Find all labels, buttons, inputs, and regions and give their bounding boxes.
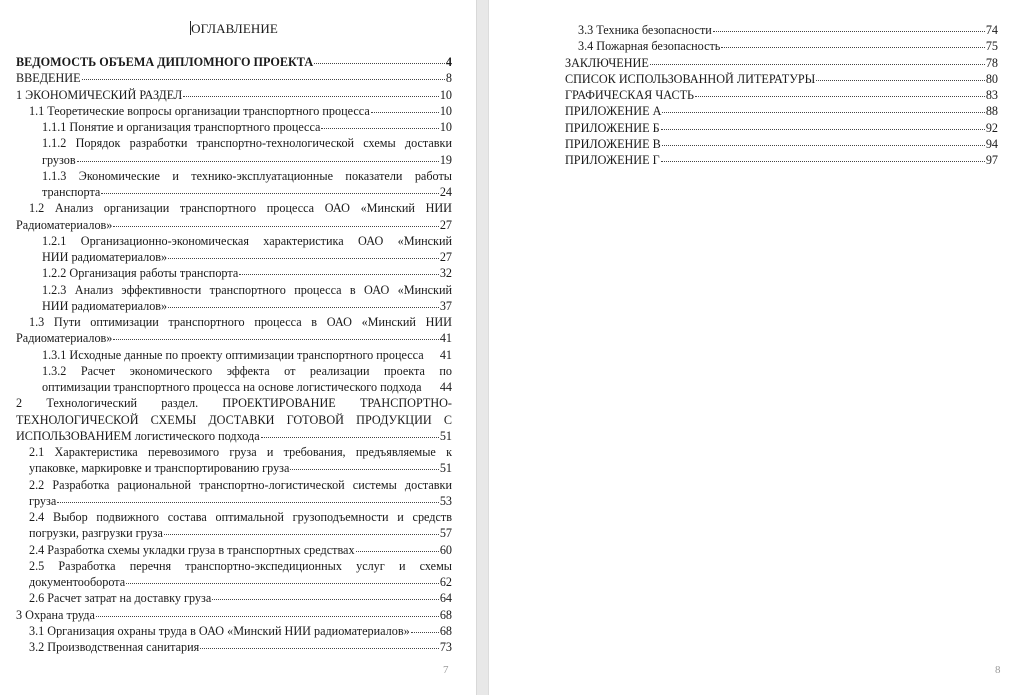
dot-leader — [695, 96, 985, 97]
toc-entry[interactable]: 2.6 Расчет затрат на доставку груза64 — [16, 590, 452, 606]
toc-entry-title: 3.1 Организация охраны труда в ОАО «Минс… — [29, 623, 410, 639]
toc-entry[interactable]: 2.4 Разработка схемы укладки груза в тра… — [16, 542, 452, 558]
toc-heading-text: ОГЛАВЛЕНИЕ — [191, 21, 278, 36]
toc-page-number: 78 — [986, 55, 998, 71]
toc-page-number: 10 — [440, 87, 452, 103]
toc-entry-title: 3.3 Техника безопасности — [578, 22, 712, 38]
toc-entry-text: 1.2 Анализ организации транспортного про… — [29, 200, 452, 216]
toc-entry-title: 3.4 Пожарная безопасность — [578, 38, 720, 54]
toc-entry-title: грузов — [42, 152, 76, 168]
toc-entry[interactable]: 1.1.1 Понятие и организация транспортног… — [16, 119, 452, 135]
toc-page-number: 8 — [446, 70, 452, 86]
toc-entry-text: 2.2 Разработка рациональной транспортно-… — [29, 477, 452, 493]
dot-leader — [96, 616, 439, 617]
toc-entry[interactable]: 1 ЭКОНОМИЧЕСКИЙ РАЗДЕЛ10 — [16, 87, 452, 103]
dot-leader — [200, 648, 439, 649]
toc-page-number: 74 — [986, 22, 998, 38]
dot-leader — [77, 161, 439, 162]
toc-page-number: 94 — [986, 136, 998, 152]
toc-entry-text: 1.3 Пути оптимизации транспортного проце… — [29, 314, 452, 330]
toc-page-number: 24 — [440, 184, 452, 200]
toc-page-number: 88 — [986, 103, 998, 119]
toc-entry-title: ПРИЛОЖЕНИЕ Б — [565, 120, 660, 136]
toc-entry[interactable]: 2 Технологический раздел. ПРОЕКТИРОВАНИЕ… — [16, 395, 452, 444]
toc-entry-title: СПИСОК ИСПОЛЬЗОВАННОЙ ЛИТЕРАТУРЫ — [565, 71, 815, 87]
toc-entry-title: ГРАФИЧЕСКАЯ ЧАСТЬ — [565, 87, 694, 103]
toc-entry[interactable]: СПИСОК ИСПОЛЬЗОВАННОЙ ЛИТЕРАТУРЫ80 — [565, 71, 998, 87]
dot-leader — [239, 274, 439, 275]
toc-page-number: 53 — [440, 493, 452, 509]
toc-entry-text: 2.5 Разработка перечня транспортно-экспе… — [29, 558, 452, 574]
toc-page-number: 92 — [986, 120, 998, 136]
toc-entry[interactable]: 1.1 Теоретические вопросы организации тр… — [16, 103, 452, 119]
toc-entry-title: 2.4 Разработка схемы укладки груза в тра… — [29, 542, 355, 558]
toc-page-number: 75 — [986, 38, 998, 54]
table-of-contents: ВЕДОМОСТЬ ОБЪЕМА ДИПЛОМНОГО ПРОЕКТА4ВВЕД… — [16, 54, 452, 655]
toc-entry-text: 1.1.3 Экономические и технико-эксплуатац… — [42, 168, 452, 184]
toc-entry-title: 3.2 Производственная санитария — [29, 639, 199, 655]
toc-entry-text: 2 Технологический раздел. ПРОЕКТИРОВАНИЕ… — [16, 395, 452, 411]
toc-entry-title: ВЕДОМОСТЬ ОБЪЕМА ДИПЛОМНОГО ПРОЕКТА — [16, 54, 313, 70]
toc-page-number: 97 — [986, 152, 998, 168]
toc-entry[interactable]: 3.4 Пожарная безопасность75 — [565, 38, 998, 54]
toc-entry-title: 3 Охрана труда — [16, 607, 95, 623]
toc-page-number: 37 — [440, 298, 452, 314]
dot-leader — [126, 583, 439, 584]
toc-page-number: 32 — [440, 265, 452, 281]
toc-page-number: 44 — [440, 379, 452, 395]
dot-leader — [314, 63, 445, 64]
toc-entry[interactable]: 3.2 Производственная санитария73 — [16, 639, 452, 655]
toc-entry-text: 2.4 Выбор подвижного состава оптимальной… — [29, 509, 452, 525]
toc-page-number: 64 — [440, 590, 452, 606]
dot-leader — [356, 551, 439, 552]
toc-entry-title: 2.6 Расчет затрат на доставку груза — [29, 590, 211, 606]
dot-leader — [113, 339, 438, 340]
dot-leader — [321, 128, 438, 129]
document-page-8[interactable]: 8 3.3 Техника безопасности743.4 Пожарная… — [489, 0, 1024, 695]
page-gap — [476, 0, 489, 695]
toc-entry-title: НИИ радиоматериалов» — [42, 298, 167, 314]
toc-entry[interactable]: ПРИЛОЖЕНИЕ В94 — [565, 136, 998, 152]
toc-entry-title: ИСПОЛЬЗОВАНИЕМ логистического подхода — [16, 428, 260, 444]
toc-entry[interactable]: ПРИЛОЖЕНИЕ Б92 — [565, 120, 998, 136]
toc-page-number: 10 — [440, 103, 452, 119]
toc-entry[interactable]: 3.3 Техника безопасности74 — [565, 22, 998, 38]
toc-entry[interactable]: 1.3.1 Исходные данные по проекту оптимиз… — [16, 347, 452, 363]
toc-page-number: 68 — [440, 607, 452, 623]
toc-entry-title: документооборота — [29, 574, 125, 590]
dot-leader — [57, 502, 439, 503]
toc-entry[interactable]: ПРИЛОЖЕНИЕ А88 — [565, 103, 998, 119]
toc-entry-title: 1.3.1 Исходные данные по проекту оптимиз… — [42, 347, 424, 363]
page-number-footer: 7 — [443, 664, 449, 676]
toc-entry[interactable]: 2.5 Разработка перечня транспортно-экспе… — [16, 558, 452, 591]
toc-entry-title: груза — [29, 493, 56, 509]
toc-entry[interactable]: 1.2 Анализ организации транспортного про… — [16, 200, 452, 233]
toc-entry[interactable]: 1.2.3 Анализ эффективности транспортного… — [16, 282, 452, 315]
toc-entry[interactable]: 3 Охрана труда68 — [16, 607, 452, 623]
toc-page-number: 73 — [440, 639, 452, 655]
toc-page-number: 41 — [440, 330, 452, 346]
toc-entry[interactable]: 1.2.2 Организация работы транспорта32 — [16, 265, 452, 281]
toc-page-number: 51 — [440, 460, 452, 476]
toc-entry-title: Радиоматериалов» — [16, 330, 112, 346]
dot-leader — [661, 161, 985, 162]
toc-page-number: 27 — [440, 217, 452, 233]
toc-entry[interactable]: ВЕДОМОСТЬ ОБЪЕМА ДИПЛОМНОГО ПРОЕКТА4 — [16, 54, 452, 70]
toc-entry-text: 1.2.1 Организационно-экономическая харак… — [42, 233, 452, 249]
page-number-header: 8 — [995, 0, 1001, 3]
toc-entry-text: 1.3.2 Расчет экономического эффекта от р… — [42, 363, 452, 379]
toc-entry-title: ВВЕДЕНИЕ — [16, 70, 81, 86]
page-number-header: 7 — [443, 0, 449, 3]
toc-entry[interactable]: 3.1 Организация охраны труда в ОАО «Минс… — [16, 623, 452, 639]
toc-entry[interactable]: ВВЕДЕНИЕ8 — [16, 70, 452, 86]
toc-entry-title: 1.1.1 Понятие и организация транспортног… — [42, 119, 320, 135]
toc-page-number: 80 — [986, 71, 998, 87]
toc-entry-title: 1 ЭКОНОМИЧЕСКИЙ РАЗДЕЛ — [16, 87, 182, 103]
toc-entry-title: ПРИЛОЖЕНИЕ Г — [565, 152, 660, 168]
toc-page-number: 83 — [986, 87, 998, 103]
dot-leader — [261, 437, 439, 438]
toc-page-number: 27 — [440, 249, 452, 265]
toc-entry[interactable]: 2.1 Характеристика перевозимого груза и … — [16, 444, 452, 477]
page-number-footer: 8 — [995, 664, 1001, 676]
toc-entry-text: 1.1.2 Порядок разработки транспортно-тех… — [42, 135, 452, 151]
dot-leader — [662, 145, 985, 146]
dot-leader — [183, 96, 439, 97]
document-page-7[interactable]: 7 ОГЛАВЛЕНИЕ ВЕДОМОСТЬ ОБЪЕМА ДИПЛОМНОГО… — [0, 0, 476, 695]
dot-leader — [371, 112, 439, 113]
dot-leader — [411, 632, 439, 633]
table-of-contents-continued: 3.3 Техника безопасности743.4 Пожарная б… — [565, 22, 998, 168]
dot-leader — [816, 80, 985, 81]
toc-entry[interactable]: 1.3.2 Расчет экономического эффекта от р… — [16, 363, 452, 396]
toc-entry-title: ПРИЛОЖЕНИЕ В — [565, 136, 661, 152]
toc-page-number: 60 — [440, 542, 452, 558]
dot-leader — [662, 112, 984, 113]
dot-leader — [290, 469, 438, 470]
toc-entry-title: ПРИЛОЖЕНИЕ А — [565, 103, 661, 119]
toc-page-number: 41 — [440, 347, 452, 363]
toc-page-number: 68 — [440, 623, 452, 639]
dot-leader — [164, 534, 439, 535]
dot-leader — [168, 258, 439, 259]
toc-entry[interactable]: ГРАФИЧЕСКАЯ ЧАСТЬ83 — [565, 87, 998, 103]
toc-entry-title: транспорта — [42, 184, 100, 200]
toc-entry[interactable]: ПРИЛОЖЕНИЕ Г97 — [565, 152, 998, 168]
toc-entry-title: погрузки, разгрузки груза — [29, 525, 163, 541]
toc-page-number: 57 — [440, 525, 452, 541]
toc-entry-title: Радиоматериалов» — [16, 217, 112, 233]
toc-entry-text: 1.2.3 Анализ эффективности транспортного… — [42, 282, 452, 298]
dot-leader — [650, 64, 985, 65]
dot-leader — [113, 226, 438, 227]
toc-entry[interactable]: 1.1.3 Экономические и технико-эксплуатац… — [16, 168, 452, 201]
toc-heading[interactable]: ОГЛАВЛЕНИЕ — [0, 21, 468, 37]
toc-entry[interactable]: 1.3 Пути оптимизации транспортного проце… — [16, 314, 452, 347]
dot-leader — [168, 307, 439, 308]
dot-leader — [82, 79, 445, 80]
toc-entry-title: ЗАКЛЮЧЕНИЕ — [565, 55, 649, 71]
toc-entry[interactable]: 1.2.1 Организационно-экономическая харак… — [16, 233, 452, 266]
toc-entry-title: оптимизации транспортного процесса на ос… — [42, 379, 422, 395]
toc-entry-title: упаковке, маркировке и транспортированию… — [29, 460, 289, 476]
toc-entry-title: 1.1 Теоретические вопросы организации тр… — [29, 103, 370, 119]
dot-leader — [661, 129, 985, 130]
toc-entry-title: 1.2.2 Организация работы транспорта — [42, 265, 238, 281]
dot-leader — [212, 599, 439, 600]
toc-entry[interactable]: ЗАКЛЮЧЕНИЕ78 — [565, 55, 998, 71]
toc-entry[interactable]: 2.2 Разработка рациональной транспортно-… — [16, 477, 452, 510]
toc-entry-title: НИИ радиоматериалов» — [42, 249, 167, 265]
toc-entry-text: ТЕХНОЛОГИЧЕСКОЙ СХЕМЫ ДОСТАВКИ ГОТОВОЙ П… — [16, 412, 452, 428]
toc-entry[interactable]: 2.4 Выбор подвижного состава оптимальной… — [16, 509, 452, 542]
toc-page-number: 4 — [446, 54, 452, 70]
toc-page-number: 62 — [440, 574, 452, 590]
toc-page-number: 10 — [440, 119, 452, 135]
dot-leader — [713, 31, 985, 32]
toc-page-number: 51 — [440, 428, 452, 444]
dot-leader — [101, 193, 438, 194]
toc-page-number: 19 — [440, 152, 452, 168]
toc-entry[interactable]: 1.1.2 Порядок разработки транспортно-тех… — [16, 135, 452, 168]
dot-leader — [721, 47, 984, 48]
toc-entry-text: 2.1 Характеристика перевозимого груза и … — [29, 444, 452, 460]
